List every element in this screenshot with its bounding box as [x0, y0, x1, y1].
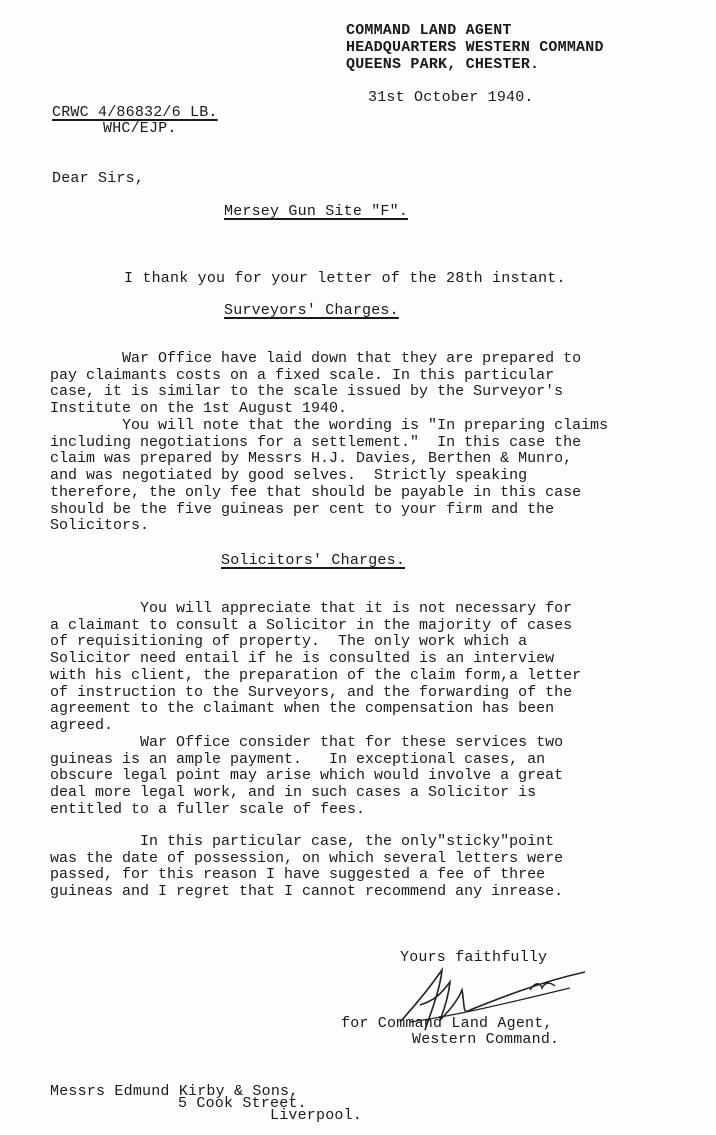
paragraph-solicitors-3: In this particular case, the only"sticky… — [50, 834, 563, 901]
opening-sentence: I thank you for your letter of the 28th … — [124, 270, 566, 287]
letterhead-line-1: COMMAND LAND AGENT — [346, 22, 512, 39]
paragraph-solicitors-1: You will appreciate that it is not neces… — [50, 601, 581, 735]
reference-initials: WHC/EJP. — [103, 120, 177, 137]
reference-number: CRWC 4/86832/6 LB. — [52, 104, 218, 121]
salutation: Dear Sirs, — [52, 170, 144, 187]
letterhead-line-3: QUEENS PARK, CHESTER. — [346, 56, 539, 73]
paragraph-surveyors-2: You will note that the wording is "In pr… — [50, 418, 608, 535]
section-heading-surveyors: Surveyors' Charges. — [224, 302, 399, 319]
signatory-line-1: for Command Land Agent, — [341, 1015, 553, 1032]
paragraph-solicitors-2: War Office consider that for these servi… — [50, 735, 563, 819]
paragraph-surveyors-1: War Office have laid down that they are … — [50, 351, 581, 418]
subject-heading: Mersey Gun Site "F". — [224, 203, 408, 220]
letterhead-line-2: HEADQUARTERS WESTERN COMMAND — [346, 39, 604, 56]
section-heading-solicitors: Solicitors' Charges. — [221, 552, 405, 569]
signatory-line-2: Western Command. — [412, 1031, 559, 1048]
letter-date: 31st October 1940. — [368, 89, 534, 106]
addressee-line-3: Liverpool. — [270, 1107, 362, 1124]
